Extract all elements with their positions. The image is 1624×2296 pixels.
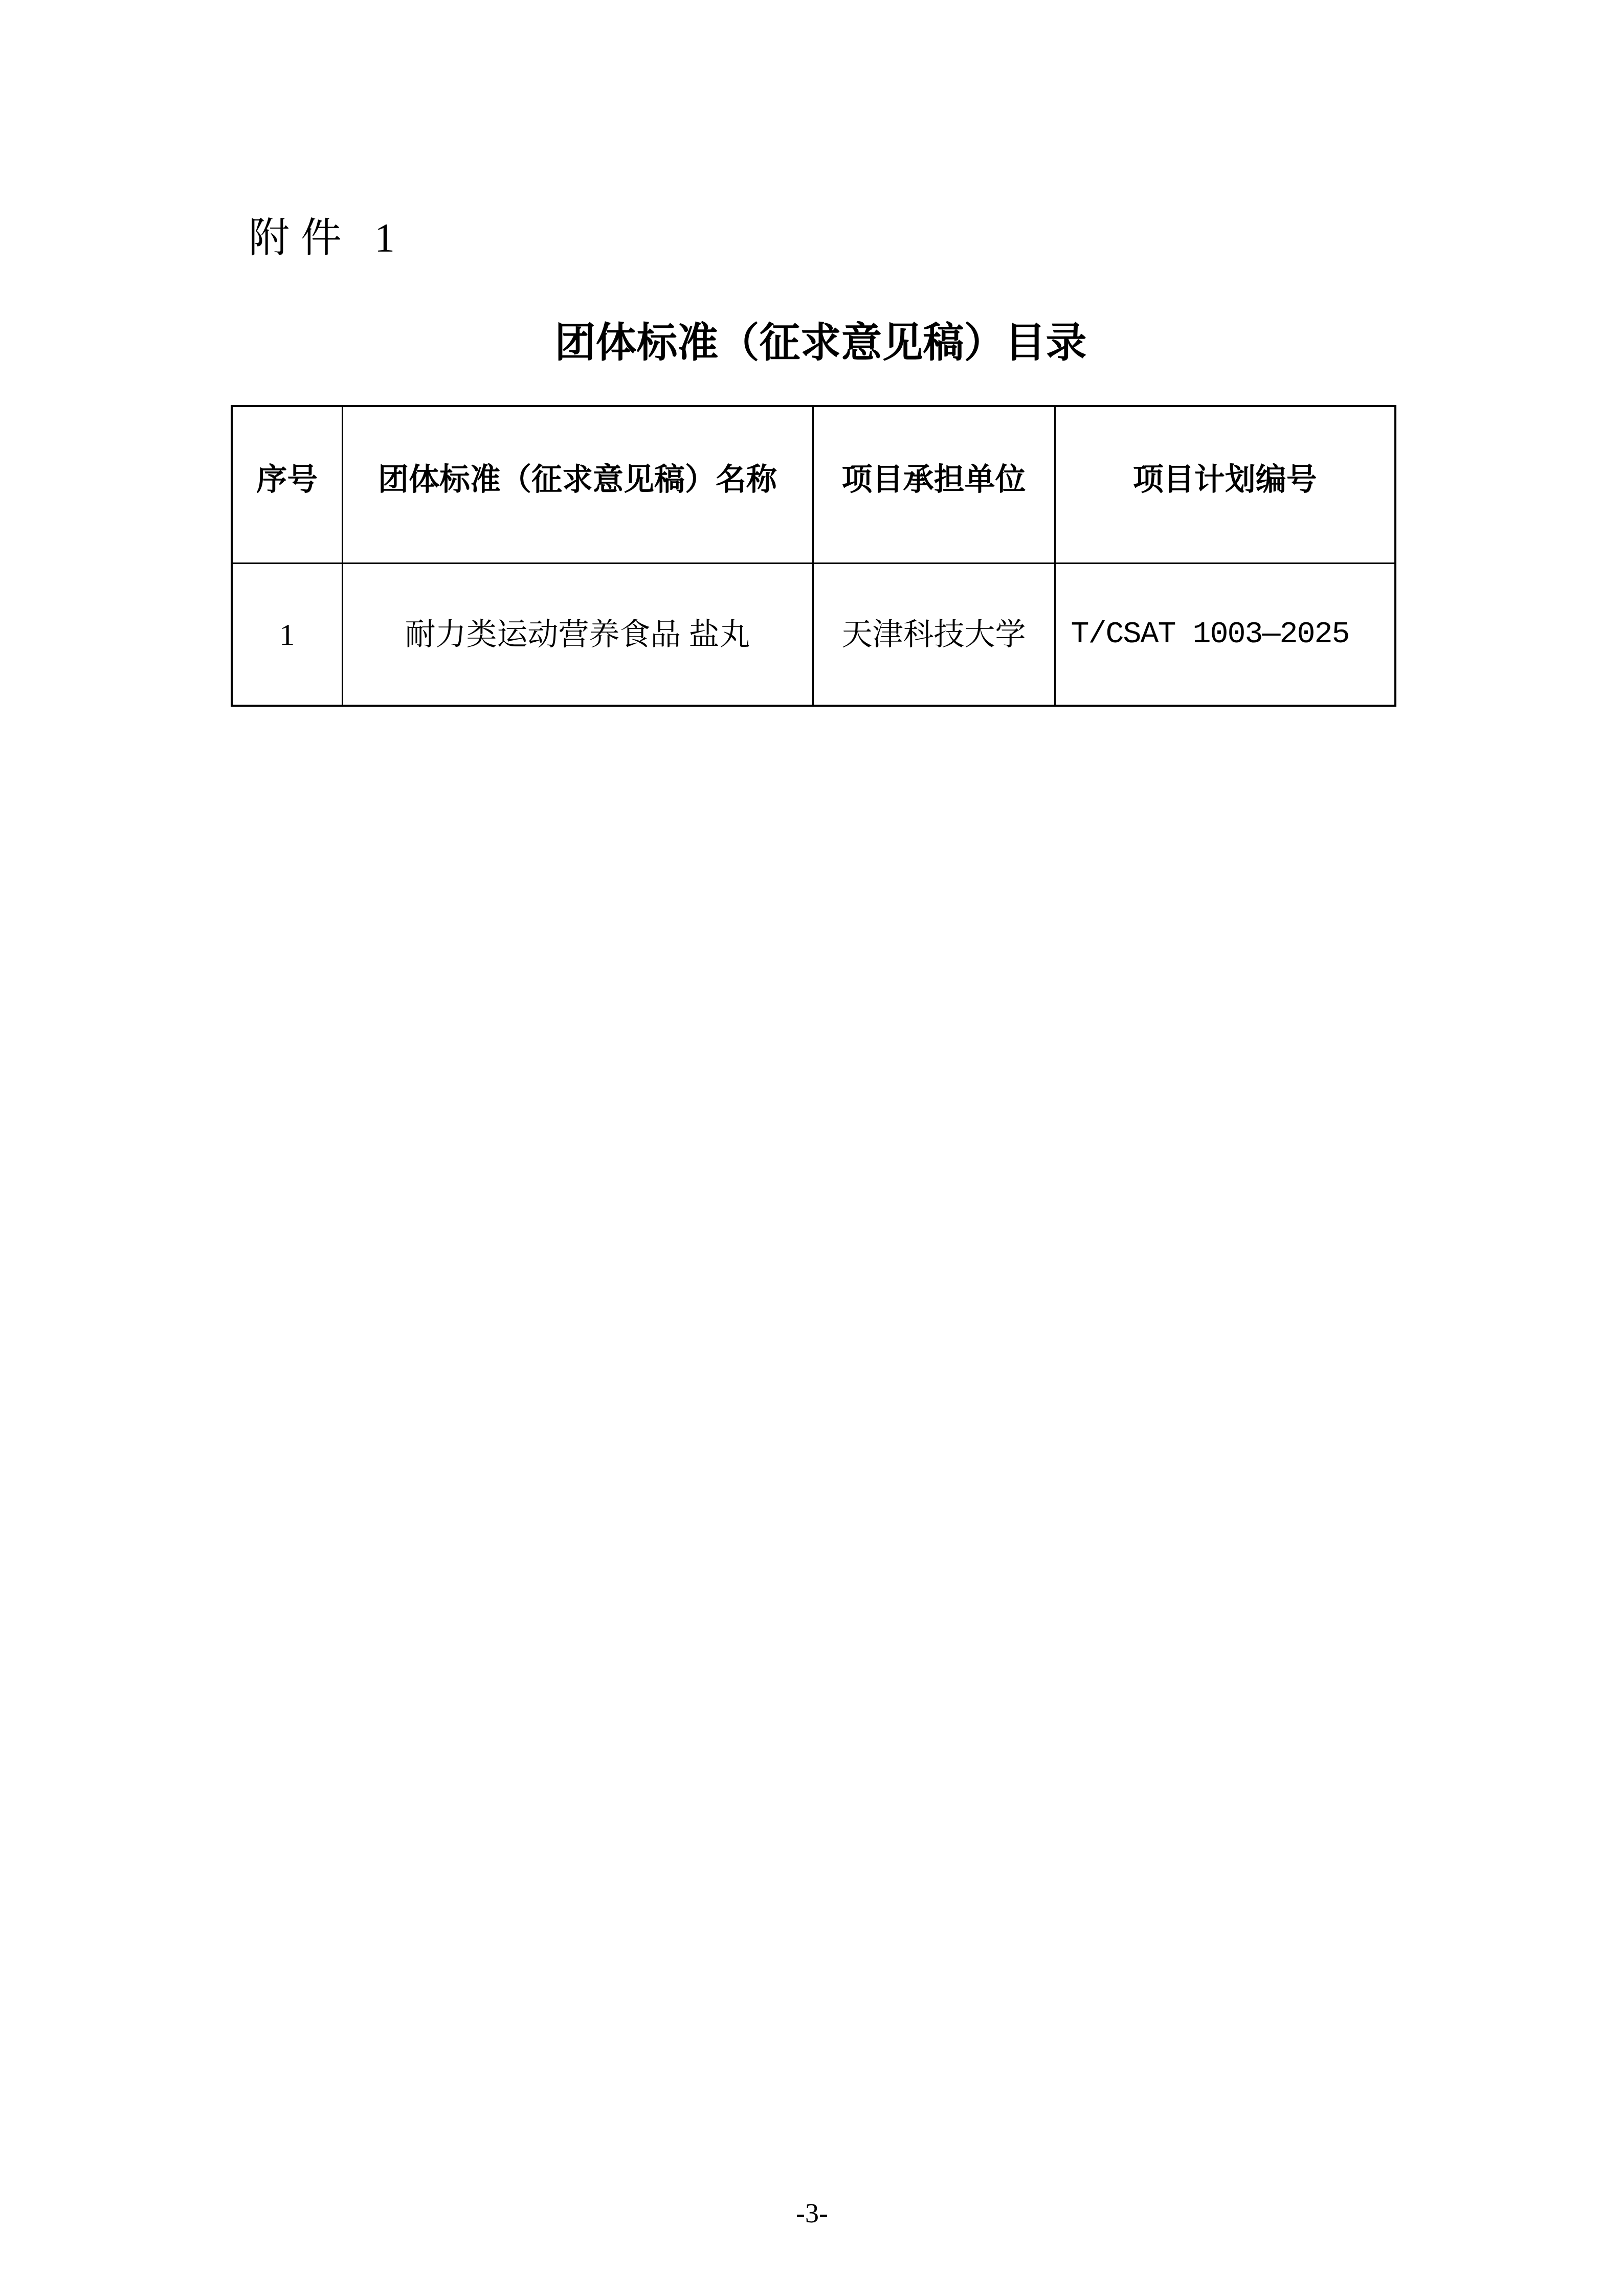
- table-header-row: 序号 团体标准（征求意见稿）名称 项目承担单位 项目计划编号: [232, 406, 1395, 564]
- cell-standard-name: 耐力类运动营养食品 盐丸: [342, 564, 813, 706]
- attachment-label: 附件 1: [249, 214, 406, 263]
- page-number: -3-: [0, 2197, 1624, 2230]
- column-header-standard-name: 团体标准（征求意见稿）名称: [342, 406, 813, 564]
- cell-undertaking-unit: 天津科技大学: [813, 564, 1055, 706]
- column-header-seq: 序号: [232, 406, 342, 564]
- column-header-undertaking-unit: 项目承担单位: [813, 406, 1055, 564]
- table-row: 1 耐力类运动营养食品 盐丸 天津科技大学 T/CSAT 1003—2025: [232, 564, 1395, 706]
- standards-catalog-table: 序号 团体标准（征求意见稿）名称 项目承担单位 项目计划编号 1 耐力类运动营养…: [231, 405, 1396, 707]
- cell-seq: 1: [232, 564, 342, 706]
- document-title: 团体标准（征求意见稿）目录: [0, 316, 1624, 369]
- cell-plan-number: T/CSAT 1003—2025: [1055, 564, 1395, 706]
- column-header-plan-number: 项目计划编号: [1055, 406, 1395, 564]
